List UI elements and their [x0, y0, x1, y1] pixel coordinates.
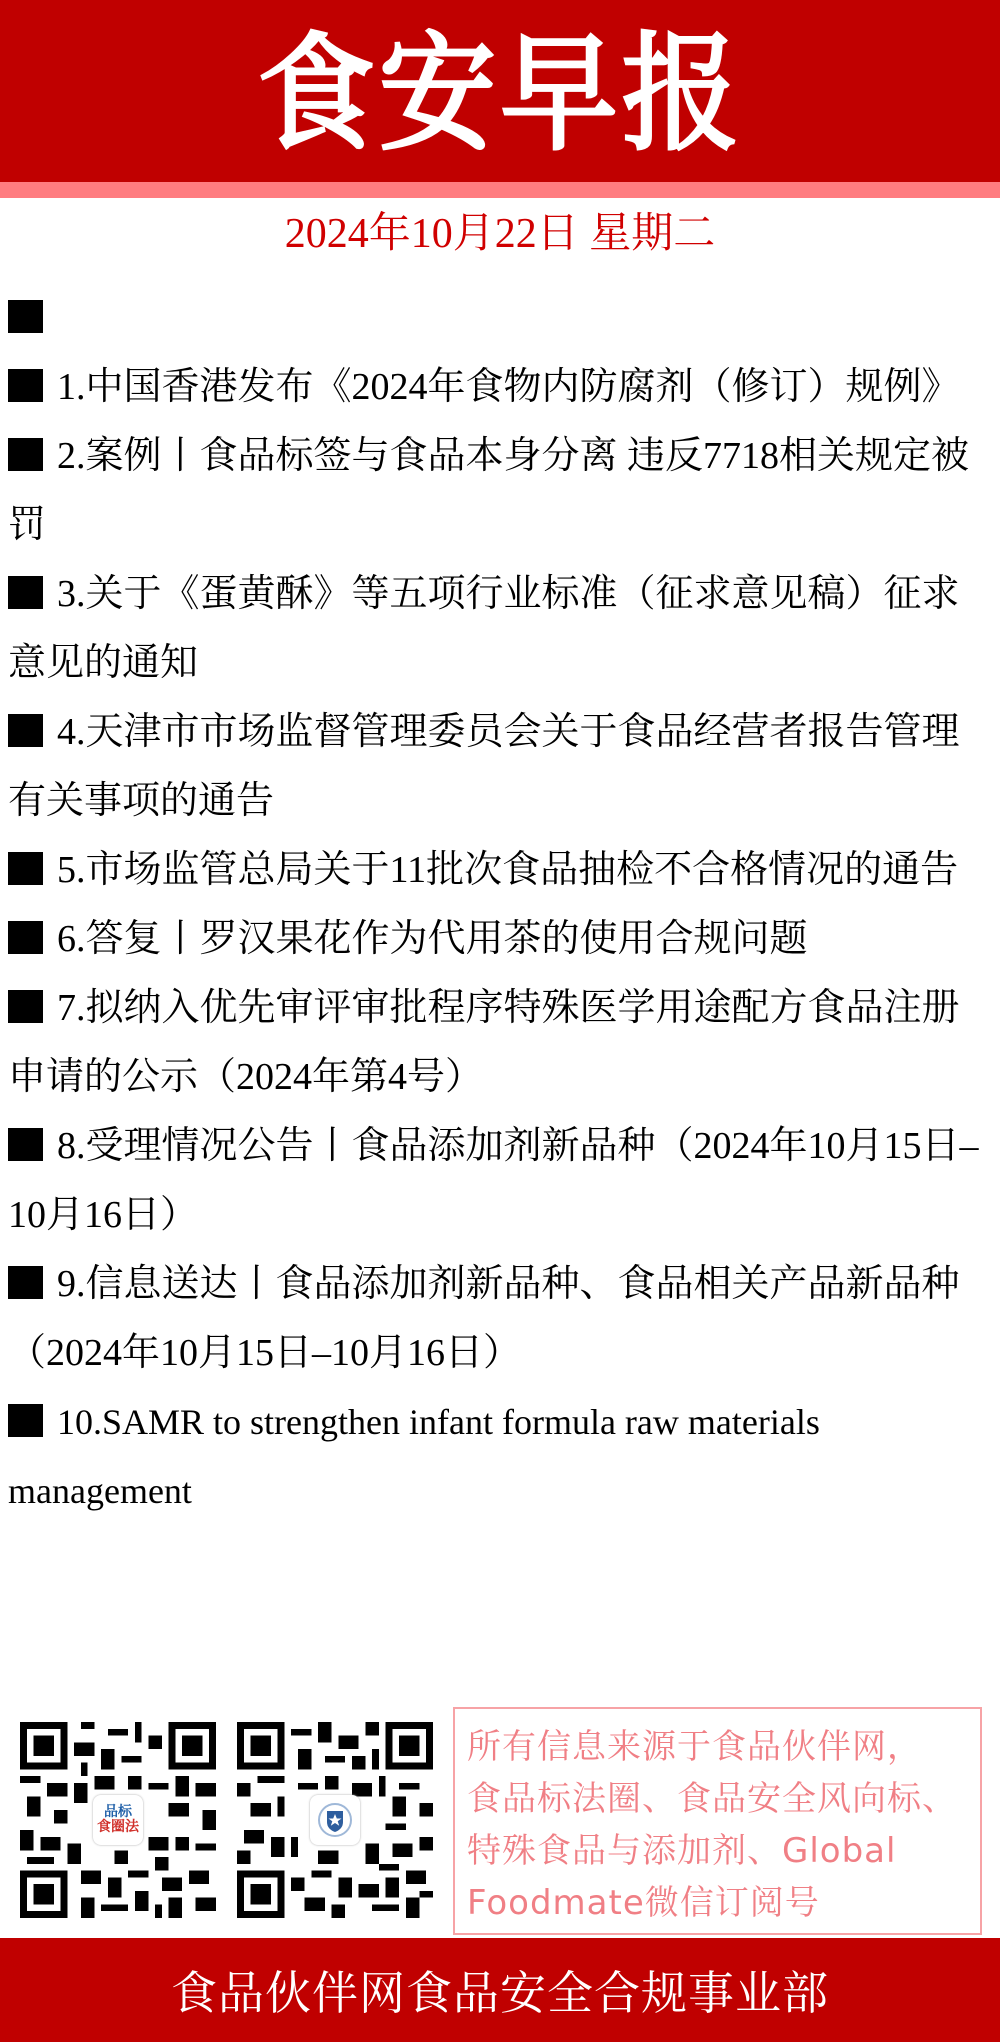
news-item[interactable]: 9.信息送达丨食品添加剂新品种、食品相关产品新品种（2024年10月15日–10…: [8, 1250, 993, 1388]
square-bullet-icon: [8, 852, 43, 885]
news-item[interactable]: 10.SAMR to strengthen infant formula raw…: [8, 1388, 993, 1526]
qr-code-biaofaquan: 品标食圈法: [20, 1722, 216, 1918]
foodmate-shield-logo-icon: [310, 1795, 360, 1845]
footer-banner: 食品伙伴网食品安全合规事业部: [0, 1938, 1000, 2042]
source-note-line: Foodmate微信订阅号: [467, 1877, 980, 1929]
square-bullet-icon: [8, 438, 43, 471]
news-item-text[interactable]: 1.中国香港发布《2024年食物内防腐剂（修订）规例》: [57, 366, 960, 408]
square-bullet-icon: [8, 369, 43, 402]
news-item-text[interactable]: 6.答复丨罗汉果花作为代用茶的使用合规问题: [57, 918, 808, 960]
square-bullet-icon: [8, 1404, 43, 1437]
square-bullet-icon: [8, 300, 43, 333]
news-item-text[interactable]: 2.案例丨食品标签与食品本身分离 违反7718相关规定被罚: [8, 435, 969, 546]
news-item-text[interactable]: 9.信息送达丨食品添加剂新品种、食品相关产品新品种（2024年10月15日–10…: [8, 1263, 960, 1374]
news-item-text[interactable]: 10.SAMR to strengthen infant formula raw…: [8, 1402, 820, 1511]
news-item[interactable]: 2.案例丨食品标签与食品本身分离 违反7718相关规定被罚: [8, 422, 993, 560]
news-item[interactable]: 3.关于《蛋黄酥》等五项行业标准（征求意见稿）征求意见的通知: [8, 560, 993, 698]
news-item[interactable]: 1.中国香港发布《2024年食物内防腐剂（修订）规例》: [8, 353, 993, 422]
square-bullet-icon: [8, 1266, 43, 1299]
news-item[interactable]: 7.拟纳入优先审评审批程序特殊医学用途配方食品注册申请的公示（2024年第4号）: [8, 974, 993, 1112]
news-list: 1.中国香港发布《2024年食物内防腐剂（修订）规例》 2.案例丨食品标签与食品…: [8, 284, 993, 1526]
news-item-empty: [8, 284, 993, 353]
biaofaquan-logo-icon: 品标食圈法: [93, 1795, 143, 1845]
news-item[interactable]: 6.答复丨罗汉果花作为代用茶的使用合规问题: [8, 905, 993, 974]
source-note-line: 特殊食品与添加剂、Global: [467, 1825, 980, 1877]
news-item-text[interactable]: 5.市场监管总局关于11批次食品抽检不合格情况的通告: [57, 849, 958, 891]
square-bullet-icon: [8, 1128, 43, 1161]
news-item-text[interactable]: 7.拟纳入优先审评审批程序特殊医学用途配方食品注册申请的公示（2024年第4号）: [8, 987, 960, 1098]
news-item[interactable]: 4.天津市市场监督管理委员会关于食品经营者报告管理有关事项的通告: [8, 698, 993, 836]
square-bullet-icon: [8, 714, 43, 747]
page-title: 食安早报: [257, 23, 743, 159]
news-item-text[interactable]: 4.天津市市场监督管理委员会关于食品经营者报告管理有关事项的通告: [8, 711, 960, 822]
source-note-line: 所有信息来源于食品伙伴网，: [467, 1721, 980, 1773]
square-bullet-icon: [8, 990, 43, 1023]
square-bullet-icon: [8, 576, 43, 609]
square-bullet-icon: [8, 921, 43, 954]
issue-date: 2024年10月22日 星期二: [0, 206, 1000, 262]
header-banner: 食安早报: [0, 0, 1000, 182]
footer-text: 食品伙伴网食品安全合规事业部: [171, 1957, 829, 2023]
news-item-text[interactable]: 3.关于《蛋黄酥》等五项行业标准（征求意见稿）征求意见的通知: [8, 573, 960, 684]
shield-icon: [317, 1802, 353, 1838]
news-item[interactable]: 8.受理情况公告丨食品添加剂新品种（2024年10月15日–10月16日）: [8, 1112, 993, 1250]
news-item[interactable]: 5.市场监管总局关于11批次食品抽检不合格情况的通告: [8, 836, 993, 905]
source-note-box: 所有信息来源于食品伙伴网， 食品标法圈、食品安全风向标、 特殊食品与添加剂、Gl…: [453, 1707, 982, 1935]
banner-stripe: [0, 182, 1000, 198]
news-item-text[interactable]: 8.受理情况公告丨食品添加剂新品种（2024年10月15日–10月16日）: [8, 1125, 979, 1236]
source-note-line: 食品标法圈、食品安全风向标、: [467, 1773, 980, 1825]
qr-code-foodmate: [237, 1722, 433, 1918]
